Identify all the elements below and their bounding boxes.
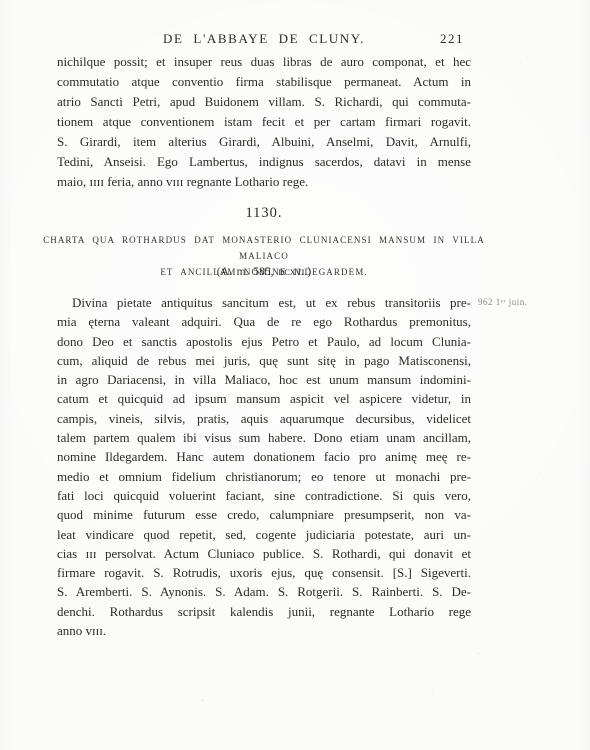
text-line: maio, ɪɪɪɪ feria, anno ᴠɪɪɪ regnante Lot… xyxy=(57,172,471,192)
paragraph-continuation: nichilque possit; et insuper reus duas l… xyxy=(57,52,471,192)
text-line: leat vindicare quod repetit, sed, cogent… xyxy=(57,525,471,544)
margin-date-note: 962 1ᵉʳ juin. xyxy=(478,297,578,307)
text-line: medio et omnium fidelium christianorum; … xyxy=(57,467,471,486)
text-line: Tedini, Anseisi. Ego Lambertus, indignus… xyxy=(57,152,471,172)
text-line: commutatio atque conventio firma stabili… xyxy=(57,72,471,92)
charter-heading-line: CHARTA QUA ROTHARDUS DAT MONASTERIO CLUN… xyxy=(37,232,491,264)
text-line: fati loci quicquid voluerint faciant, si… xyxy=(57,486,471,505)
charter-number: 1130. xyxy=(57,205,471,222)
text-line: Divina pietate antiquitus sancitum est, … xyxy=(57,293,471,312)
text-line: S. Aremberti. S. Aynonis. S. Adam. S. Ro… xyxy=(57,582,471,601)
text-line: catum et quicquid ad ipsum mansum aspici… xyxy=(57,389,471,408)
page-number: 221 xyxy=(440,31,464,47)
text-line: quod minime futurum esse credo, calumpni… xyxy=(57,505,471,524)
text-line: firmare rogavit. S. Rotrudis, uxoris eju… xyxy=(57,563,471,582)
text-line: in agro Dariacensi, in villa Maliaco, ho… xyxy=(57,370,471,389)
text-line: atrio Sancti Petri, apud Buidonem villam… xyxy=(57,92,471,112)
text-line: tionem atque conventionem istam fecit et… xyxy=(57,112,471,132)
text-line: S. Girardi, item alterius Girardi, Albui… xyxy=(57,132,471,152)
running-header-title: DE L'ABBAYE DE CLUNY. xyxy=(57,31,471,47)
charter-date: (A. m. 585, ᴅᴄxᴠɪ.) xyxy=(57,266,471,278)
text-line: nomine Ildegardem. Hanc autem donationem… xyxy=(57,447,471,466)
text-line: cum, aliquid de rebus mei juris, quę sun… xyxy=(57,351,471,370)
text-line: mia ęterna valeant adquiri. Qua de re eg… xyxy=(57,312,471,331)
text-line: denchi. Rothardus scripsit kalendis juni… xyxy=(57,602,471,621)
text-line: dono Deo et sanctis apostolis ejus Petro… xyxy=(57,332,471,351)
scan-noise-speckles xyxy=(0,0,1,1)
scanned-book-page: DE L'ABBAYE DE CLUNY. 221 nichilque poss… xyxy=(0,0,590,750)
charter-body-paragraph: Divina pietate antiquitus sancitum est, … xyxy=(57,293,471,640)
text-line: nichilque possit; et insuper reus duas l… xyxy=(57,52,471,72)
text-line: talem partem qualem ibi visus sum habere… xyxy=(57,428,471,447)
text-line: anno ᴠɪɪɪ. xyxy=(57,621,471,640)
text-line: campis, vineis, silvis, pratis, aquis aq… xyxy=(57,409,471,428)
text-line: cias ɪɪɪ persolvat. Actum Cluniaco publi… xyxy=(57,544,471,563)
